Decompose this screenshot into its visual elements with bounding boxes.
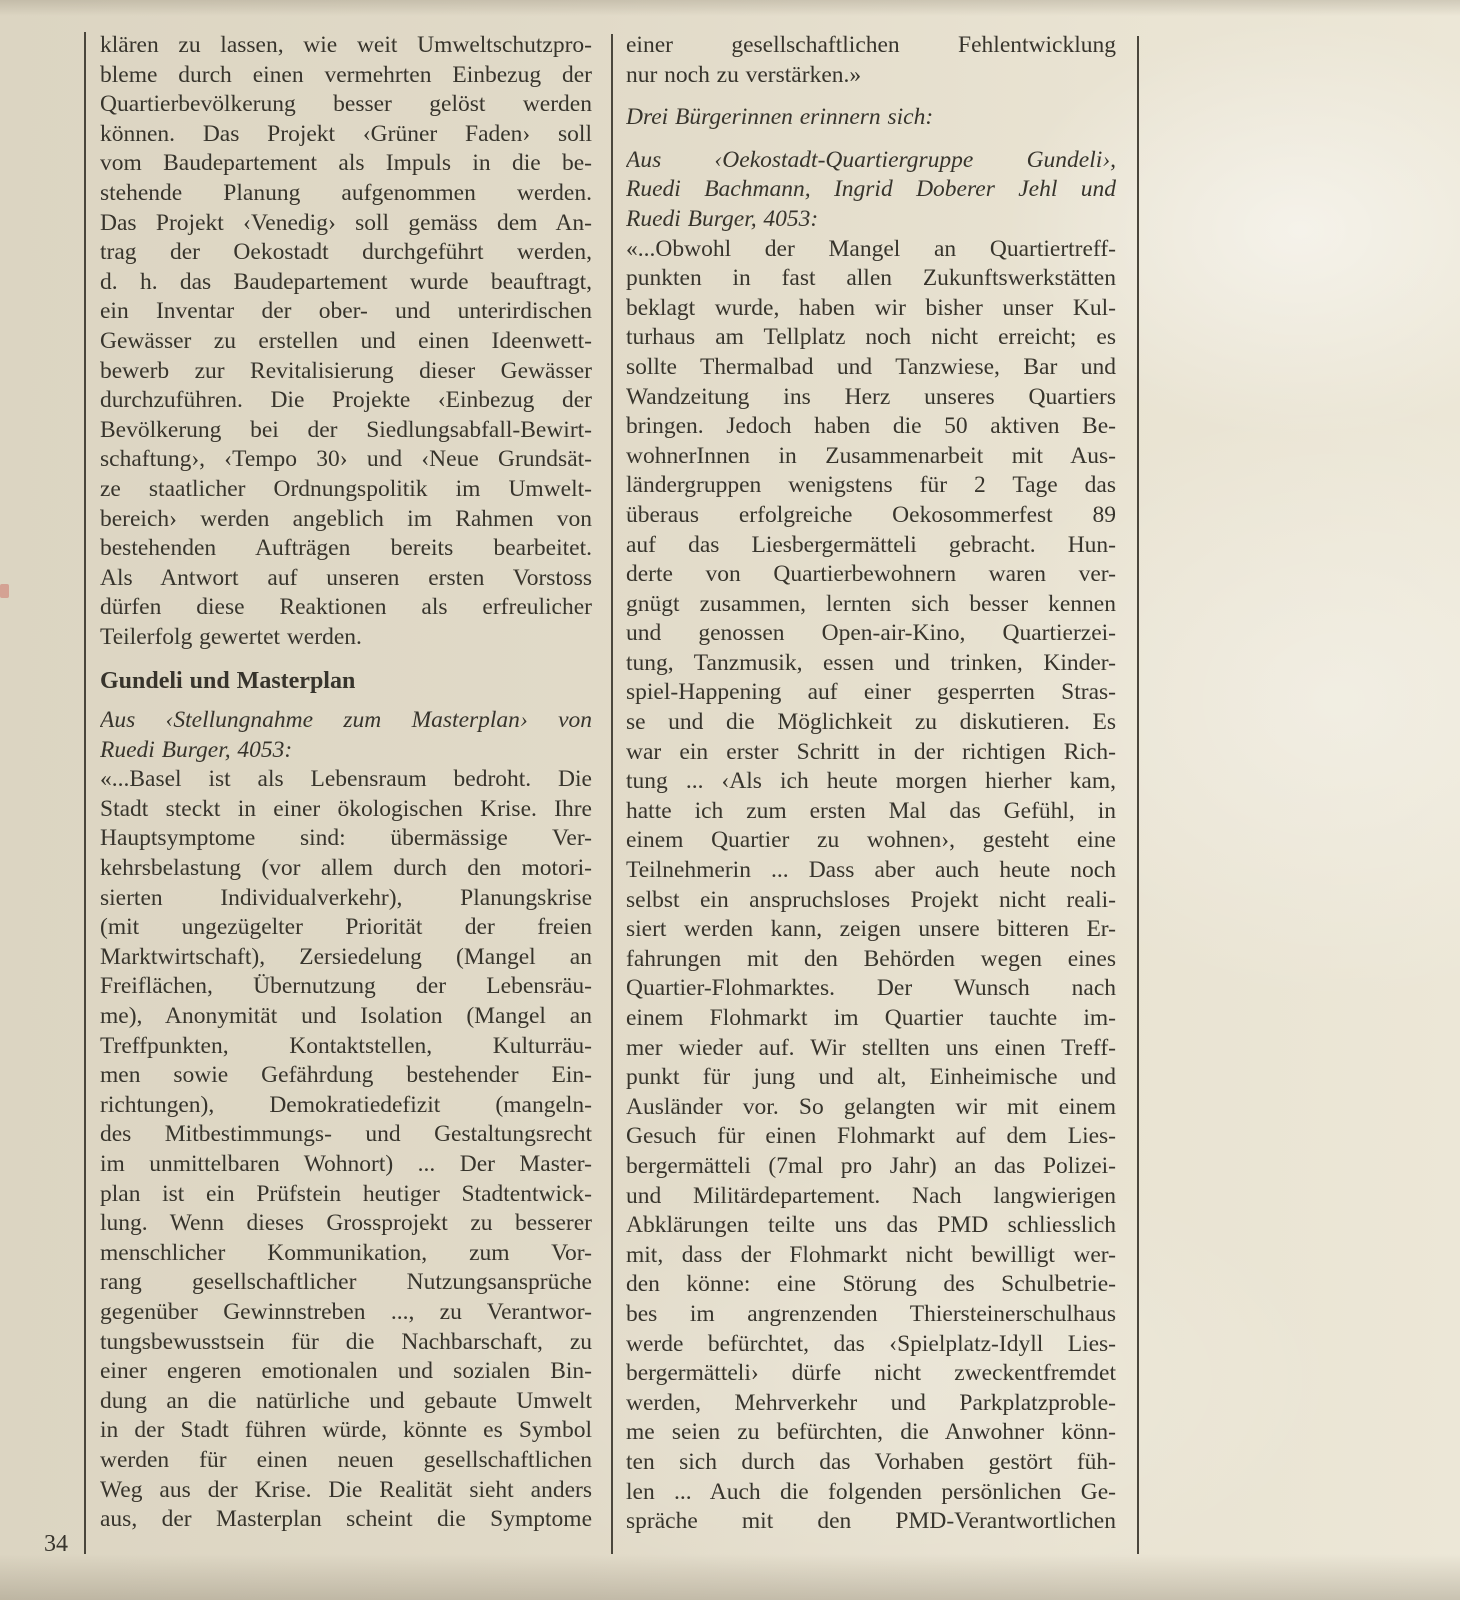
text-line: einem Flohmarkt im Quartier tauchte im- [626, 1004, 1116, 1034]
byline-block: Aus ‹Stellungnahme zum Masterplan› vonRu… [100, 706, 592, 765]
page-number: 34 [44, 1530, 68, 1558]
text-line: siert werden kann, zeigen unsere bittere… [626, 915, 1116, 945]
text-line: nur noch zu verstärken.» [626, 61, 1116, 91]
text-line: menschlicher Kommunikation, zum Vor- [100, 1239, 592, 1269]
body-block: «...Basel ist als Lebensraum bedroht. Di… [100, 765, 592, 1534]
text-line: ten sich durch das Vorhaben gestört füh- [626, 1448, 1116, 1478]
column-divider-rule [611, 34, 613, 1554]
text-line: Ruedi Burger, 4053: [626, 205, 1116, 235]
text-line: vom Baudepartement als Impuls in die be- [100, 149, 592, 179]
text-line: klären zu lassen, wie weit Umweltschutzp… [100, 31, 592, 61]
text-line: in der Stadt führen würde, könnte es Sym… [100, 1416, 592, 1446]
text-line: schaftung›, ‹Tempo 30› und ‹Neue Grundsä… [100, 445, 592, 475]
text-line: durchzuführen. Die Projekte ‹Einbezug de… [100, 386, 592, 416]
text-line: Quartierbevölkerung besser gelöst werden [100, 90, 592, 120]
text-line: Das Projekt ‹Venedig› soll gemäss dem An… [100, 209, 592, 239]
text-line: me seien zu befürchten, die Anwohner kön… [626, 1418, 1116, 1448]
text-line: ein Inventar der ober- und unterirdische… [100, 297, 592, 327]
text-line: Teilerfolg gewertet werden. [100, 623, 592, 653]
text-line: auf das Liesbergermätteli gebracht. Hun- [626, 531, 1116, 561]
heading-block: Gundeli und Masterplan [100, 667, 592, 697]
text-line: lung. Wenn dieses Grossprojekt zu besser… [100, 1209, 592, 1239]
text-line: Als Antwort auf unseren ersten Vorstoss [100, 564, 592, 594]
text-line: mer wieder auf. Wir stellten uns einen T… [626, 1034, 1116, 1064]
margin-rule-right [1137, 36, 1139, 1554]
text-line: Bevölkerung bei der Siedlungsabfall-Bewi… [100, 416, 592, 446]
text-line: ländergruppen wenigstens für 2 Tage das [626, 471, 1116, 501]
text-line: punkten in fast allen Zukunftswerkstätte… [626, 264, 1116, 294]
text-line: sierten Individualverkehr), Planungskris… [100, 884, 592, 914]
text-line: len ... Auch die folgenden persönlichen … [626, 1478, 1116, 1508]
text-line: spiel-Happening auf einer gesperrten Str… [626, 678, 1116, 708]
subhead-block: Drei Bürgerinnen erinnern sich: [626, 103, 1116, 133]
text-line: Gesuch für einen Flohmarkt auf dem Lies- [626, 1122, 1116, 1152]
text-line: turhaus am Tellplatz noch nicht erreicht… [626, 323, 1116, 353]
text-line: können. Das Projekt ‹Grüner Faden› soll [100, 120, 592, 150]
text-line: tungsbewusstsein für die Nachbarschaft, … [100, 1328, 592, 1358]
text-line: men sowie Gefährdung bestehender Ein- [100, 1061, 592, 1091]
text-line: aus, der Masterplan scheint die Symptome [100, 1505, 592, 1535]
text-line: einem Quartier zu wohnen›, gesteht eine [626, 826, 1116, 856]
text-line: mit, dass der Flohmarkt nicht bewilligt … [626, 1241, 1116, 1271]
text-line: werden für einen neuen gesellschaftliche… [100, 1446, 592, 1476]
text-line: fahrungen mit den Behörden wegen eines [626, 945, 1116, 975]
text-line: Ruedi Burger, 4053: [100, 736, 592, 766]
text-line: Aus ‹Stellungnahme zum Masterplan› von [100, 706, 592, 736]
text-line: bereich› werden angeblich im Rahmen von [100, 505, 592, 535]
text-line: punkt für jung und alt, Einheimische und [626, 1063, 1116, 1093]
text-line: werde befürchtet, das ‹Spielplatz-Idyll … [626, 1330, 1116, 1360]
text-line: d. h. das Baudepartement wurde beauftrag… [100, 268, 592, 298]
text-line: bergermätteli (7mal pro Jahr) an das Pol… [626, 1152, 1116, 1182]
text-line: Weg aus der Krise. Die Realität sieht an… [100, 1476, 592, 1506]
text-line: Ausländer vor. So gelangten wir mit eine… [626, 1093, 1116, 1123]
text-line: werden, Mehrverkehr und Parkplatzproble- [626, 1389, 1116, 1419]
scanned-magazine-page: { "page": { "number": "34", "columns": {… [0, 0, 1460, 1600]
body-block: «...Obwohl der Mangel an Quartiertreff-p… [626, 235, 1116, 1537]
text-line: Drei Bürgerinnen erinnern sich: [626, 103, 1116, 133]
text-line: «...Basel ist als Lebensraum bedroht. Di… [100, 765, 592, 795]
text-column-left: klären zu lassen, wie weit Umweltschutzp… [100, 31, 592, 1535]
text-line: tung ... ‹Als ich heute morgen hierher k… [626, 767, 1116, 797]
body-block: einer gesellschaftlichen Fehlentwicklung… [626, 31, 1116, 90]
text-line: Gundeli und Masterplan [100, 667, 592, 697]
text-line: und genossen Open-air-Kino, Quartierzei- [626, 619, 1116, 649]
text-line: kehrsbelastung (vor allem durch den moto… [100, 854, 592, 884]
text-line: spräche mit den PMD-Verantwortlichen [626, 1507, 1116, 1537]
text-line: hatte ich zum ersten Mal das Gefühl, in [626, 797, 1116, 827]
text-line: Teilnehmerin ... Dass aber auch heute no… [626, 856, 1116, 886]
text-line: ze staatlicher Ordnungspolitik im Umwelt… [100, 475, 592, 505]
text-line: einer engeren emotionalen und sozialen B… [100, 1357, 592, 1387]
text-line: Freiflächen, Übernutzung der Lebensräu- [100, 972, 592, 1002]
text-line: bestehenden Aufträgen bereits bearbeitet… [100, 534, 592, 564]
text-line: gegenüber Gewinnstreben ..., zu Verantwo… [100, 1298, 592, 1328]
text-line: den könne: eine Störung des Schulbetrie- [626, 1270, 1116, 1300]
page-edge-shadow-bottom [0, 1554, 1460, 1600]
text-line: Quartier-Flohmarktes. Der Wunsch nach [626, 974, 1116, 1004]
byline-block: Aus ‹Oekostadt-Quartiergruppe Gundeli›,R… [626, 146, 1116, 235]
text-line: derte von Quartierbewohnern waren ver- [626, 560, 1116, 590]
text-line: stehende Planung aufgenommen werden. [100, 179, 592, 209]
text-line: Aus ‹Oekostadt-Quartiergruppe Gundeli›, [626, 146, 1116, 176]
text-line: Treffpunkten, Kontaktstellen, Kulturräu- [100, 1032, 592, 1062]
text-line: Marktwirtschaft), Zersiedelung (Mangel a… [100, 943, 592, 973]
text-line: dürfen diese Reaktionen als erfreulicher [100, 593, 592, 623]
text-line: sollte Thermalbad und Tanzwiese, Bar und [626, 353, 1116, 383]
text-line: gnügt zusammen, lernten sich besser kenn… [626, 590, 1116, 620]
text-line: dung an die natürliche und gebaute Umwel… [100, 1387, 592, 1417]
text-line: bergermätteli› dürfe nicht zweckentfremd… [626, 1359, 1116, 1389]
text-line: richtungen), Demokratiedefizit (mangeln- [100, 1091, 592, 1121]
text-line: bewerb zur Revitalisierung dieser Gewäss… [100, 357, 592, 387]
text-line: tung, Tanzmusik, essen und trinken, Kind… [626, 649, 1116, 679]
text-line: Hauptsymptome sind: übermässige Ver- [100, 824, 592, 854]
text-line: se und die Möglichkeit zu diskutieren. E… [626, 708, 1116, 738]
text-line: rang gesellschaftlicher Nutzungsansprüch… [100, 1268, 592, 1298]
text-line: bes im angrenzenden Thiersteinerschulhau… [626, 1300, 1116, 1330]
text-line: überaus erfolgreiche Oekosommerfest 89 [626, 501, 1116, 531]
text-line: trag der Oekostadt durchgeführt werden, [100, 238, 592, 268]
text-line: des Mitbestimmungs- und Gestaltungsrecht [100, 1120, 592, 1150]
text-line: und Militärdepartement. Nach langwierige… [626, 1182, 1116, 1212]
text-line: bringen. Jedoch haben die 50 aktiven Be- [626, 412, 1116, 442]
text-line: plan ist ein Prüfstein heutiger Stadtent… [100, 1180, 592, 1210]
text-line: Abklärungen teilte uns das PMD schliessl… [626, 1211, 1116, 1241]
text-line: selbst ein anspruchsloses Projekt nicht … [626, 886, 1116, 916]
text-column-right: einer gesellschaftlichen Fehlentwicklung… [626, 31, 1116, 1537]
text-line: im unmittelbaren Wohnort) ... Der Master… [100, 1150, 592, 1180]
text-line: wohnerInnen in Zusammenarbeit mit Aus- [626, 442, 1116, 472]
text-line: (mit ungezügelter Priorität der freien [100, 913, 592, 943]
text-line: «...Obwohl der Mangel an Quartiertreff- [626, 235, 1116, 265]
text-line: Wandzeitung ins Herz unseres Quartiers [626, 383, 1116, 413]
text-line: Stadt steckt in einer ökologischen Krise… [100, 795, 592, 825]
page-edge-shadow-top [0, 0, 1460, 16]
text-line: Ruedi Bachmann, Ingrid Doberer Jehl und [626, 175, 1116, 205]
text-line: war ein erster Schritt in der richtigen … [626, 738, 1116, 768]
margin-rule-left [84, 32, 86, 1554]
text-line: Gewässer zu erstellen und einen Ideenwet… [100, 327, 592, 357]
text-line: beklagt wurde, haben wir bisher unser Ku… [626, 294, 1116, 324]
text-line: einer gesellschaftlichen Fehlentwicklung [626, 31, 1116, 61]
scan-artifact [0, 584, 9, 598]
text-line: bleme durch einen vermehrten Einbezug de… [100, 61, 592, 91]
body-block: klären zu lassen, wie weit Umweltschutzp… [100, 31, 592, 652]
text-line: me), Anonymität und Isolation (Mangel an [100, 1002, 592, 1032]
